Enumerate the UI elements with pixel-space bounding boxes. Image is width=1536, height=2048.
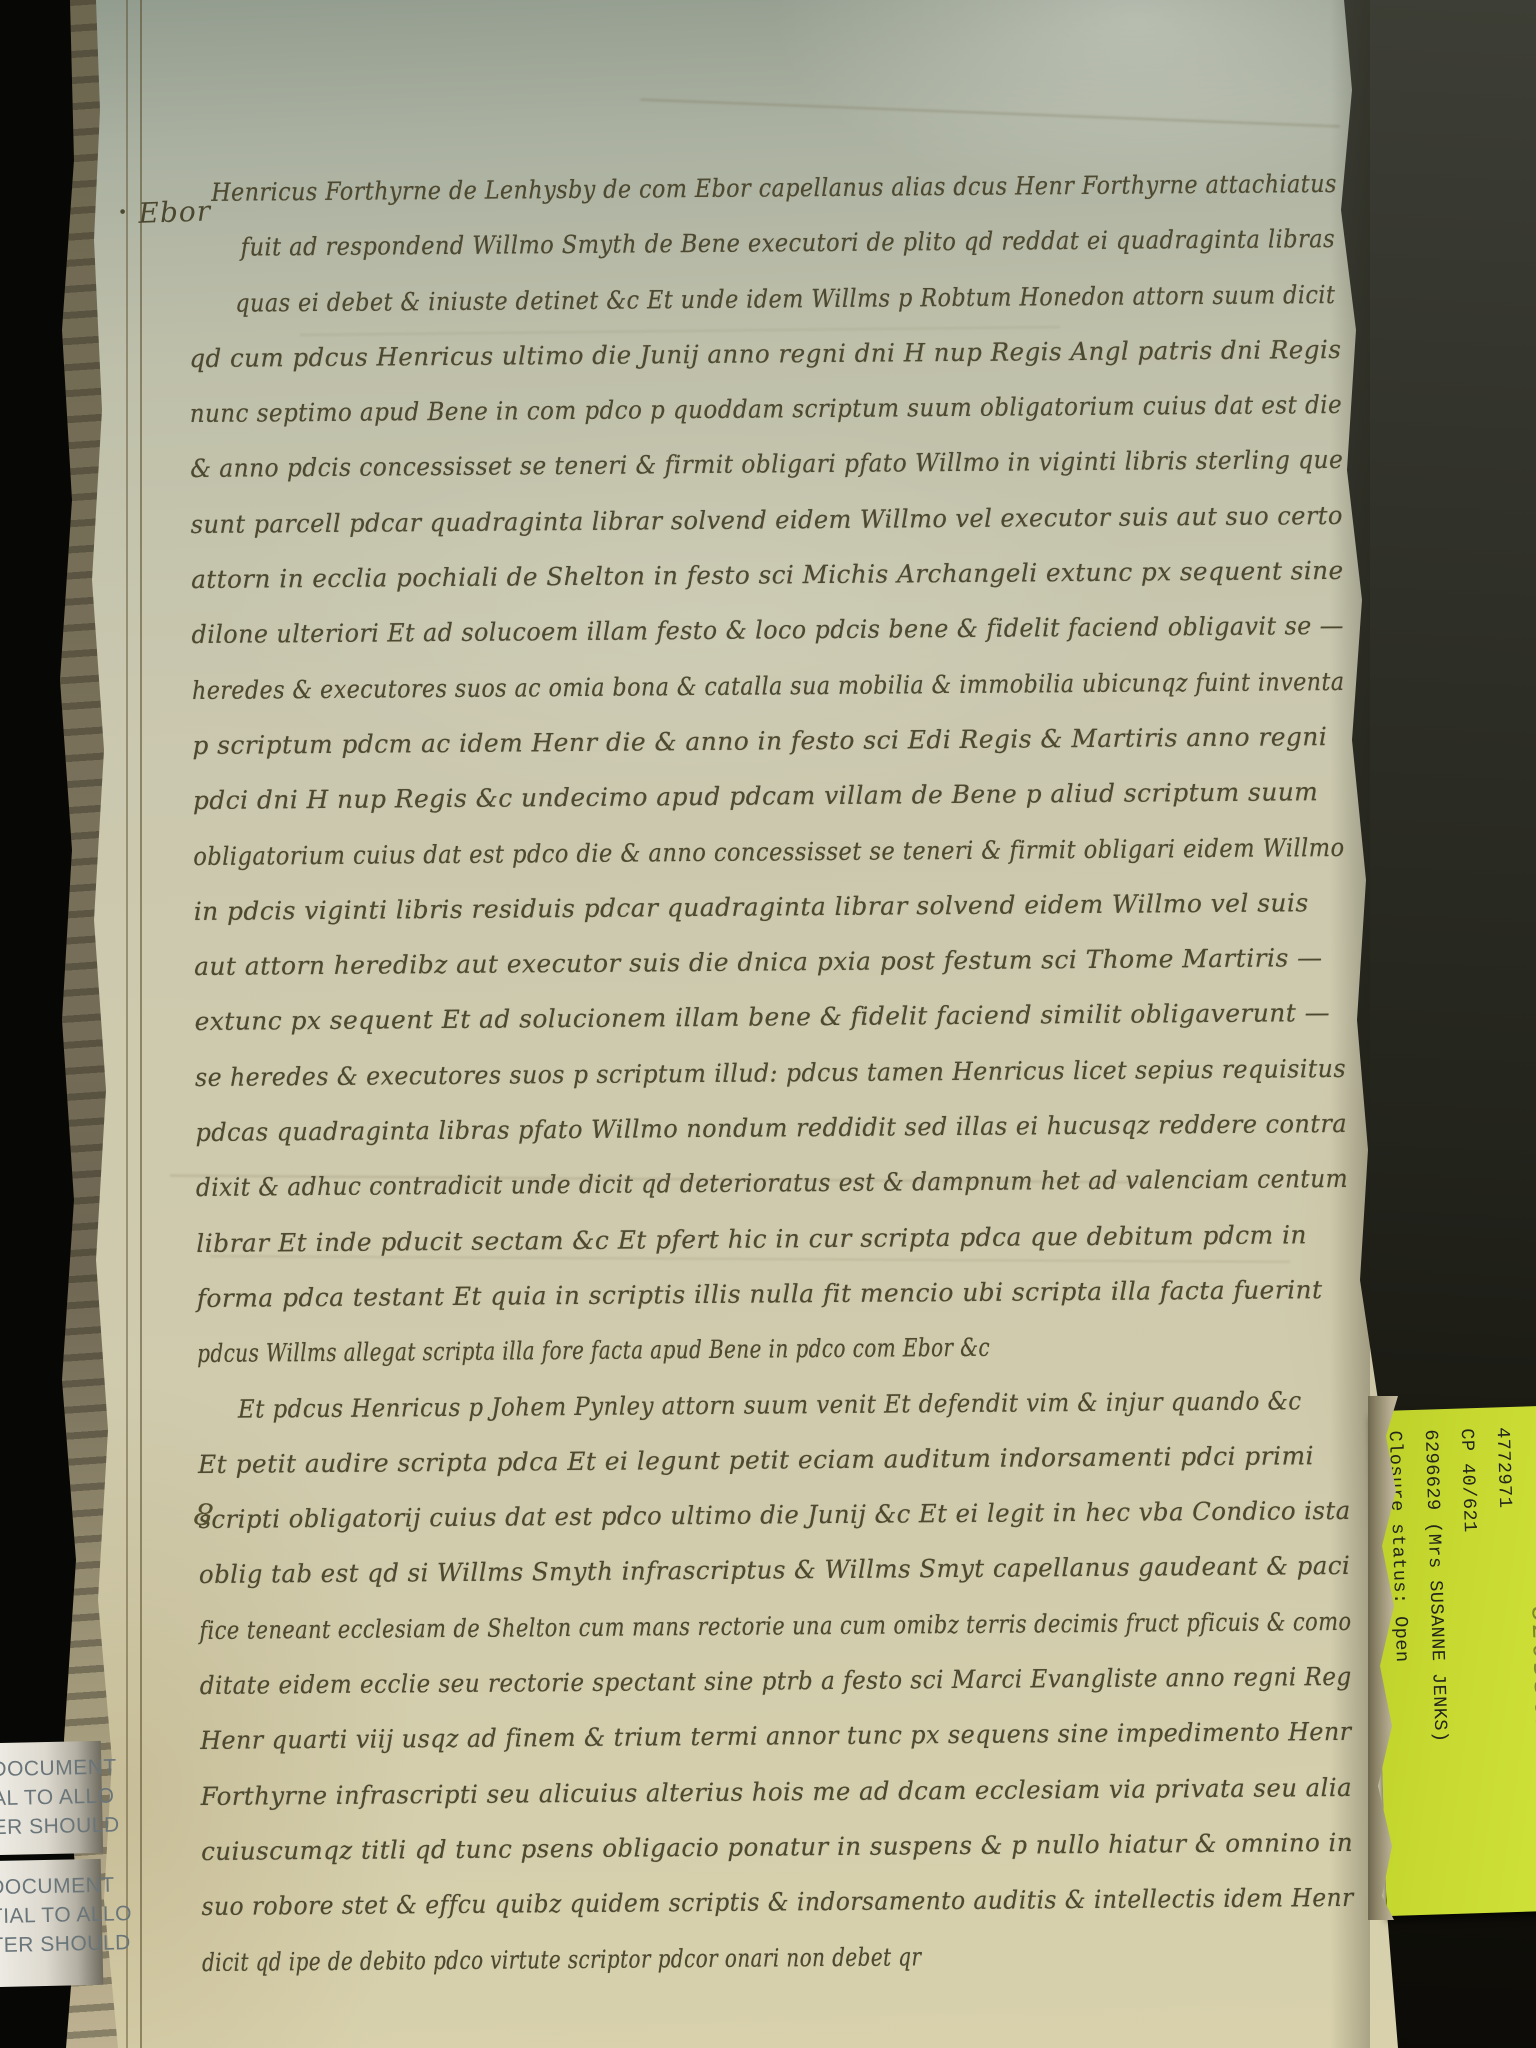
archive-label-line: DOCUMENT bbox=[0, 1871, 90, 1902]
manuscript-line: & anno pdcis concessisset se teneri & fi… bbox=[190, 446, 1270, 510]
manuscript-line: ditate eidem ecclie seu rectorie spectan… bbox=[200, 1663, 1271, 1727]
manuscript-line: aut attorn heredibz aut executor suis di… bbox=[194, 943, 1346, 1007]
manuscript-line: Henr quarti viij usqz ad finem & trium t… bbox=[200, 1718, 1304, 1782]
archive-label-line: TER SHOULD bbox=[0, 1929, 91, 1960]
archive-sticky-note: 4772971CP 40/6216296629 (Mrs SUSANNE JEN… bbox=[1371, 1406, 1536, 1916]
archive-label: DOCUMENTTIAL TO ALLOTER SHOULD bbox=[0, 1859, 103, 1987]
manuscript-line: sunt parcell pdcar quadraginta librar so… bbox=[191, 501, 1305, 565]
archive-label-line: AL TO ALLO bbox=[0, 1782, 90, 1813]
manuscript-line: forma pdca testant Et quia in scriptis i… bbox=[197, 1275, 1349, 1339]
manuscript-line: pdcus Willms allegat scripta illa fore f… bbox=[197, 1332, 1125, 1395]
manuscript-line: Henricus Forthyrne de Lenhysby de com Eb… bbox=[188, 170, 1221, 233]
manuscript-line: Forthyrne infrascripti seu alicuius alte… bbox=[201, 1773, 1328, 1837]
margin-bullet: • bbox=[118, 202, 129, 221]
manuscript-line: attorn in ecclia pochiali de Shelton in … bbox=[191, 556, 1333, 620]
manuscript-line: qd cum pdcus Henricus ultimo die Junij a… bbox=[189, 335, 1325, 399]
manuscript-text-block: Henricus Forthyrne de Lenhysby de com Eb… bbox=[188, 169, 1362, 2003]
margin-rule-line bbox=[126, 0, 128, 2048]
manuscript-line: cuiuscumqz titli qd tunc psens obligacio… bbox=[201, 1828, 1336, 1892]
manuscript-line: suo robore stet & effcu quibz quidem scr… bbox=[201, 1884, 1285, 1948]
archive-label-line: TIAL TO ALLO bbox=[0, 1900, 90, 1931]
manuscript-line: Et pdcus Henricus p Johem Pynley attorn … bbox=[198, 1386, 1261, 1450]
manuscript-line: librar Et inde pducit sectam &c Et pfert… bbox=[196, 1220, 1348, 1284]
sticky-note-printed-text: 4772971CP 40/6216296629 (Mrs SUSANNE JEN… bbox=[1375, 1407, 1535, 1916]
manuscript-line: p scriptum pdcm ac idem Henr die & anno … bbox=[192, 722, 1344, 786]
manuscript-line: obligatorium cuius dat est pdco die & an… bbox=[193, 833, 1239, 897]
manuscript-line: quas ei debet & iniuste detinet &c Et un… bbox=[189, 280, 1224, 343]
manuscript-line: pdcas quadraginta libras pfato Willmo no… bbox=[195, 1109, 1307, 1173]
manuscript-line: se heredes & executores suos p scriptum … bbox=[195, 1054, 1289, 1118]
archive-label: DOCUMENTAL TO ALLOER SHOULD bbox=[0, 1741, 103, 1855]
manuscript-line: oblig tab est qd si Willms Smyth infrasc… bbox=[199, 1551, 1330, 1615]
photo-stage: •Ebor Henricus Forthyrne de Lenhysby de … bbox=[0, 0, 1536, 2048]
manuscript-line: nunc septimo apud Bene in com pdco p quo… bbox=[190, 391, 1256, 455]
manuscript-line: heredes & executores suos ac omia bona &… bbox=[192, 668, 1221, 731]
manuscript-line: fuit ad respondend Willmo Smyth de Bene … bbox=[188, 225, 1232, 288]
manuscript-line: scripti obligatorij cuius dat est pdco u… bbox=[198, 1496, 1326, 1560]
margin-rule-line bbox=[140, 0, 142, 2048]
manuscript-line: fice teneant ecclesiam de Shelton cum ma… bbox=[199, 1608, 1171, 1671]
manuscript-line: dilone ulteriori Et ad solucoem illam fe… bbox=[191, 612, 1292, 676]
manuscript-line: dicit qd ipe de debito pdco virtute scri… bbox=[202, 1940, 1130, 2003]
manuscript-line: dixit & adhuc contradicit unde dicit qd … bbox=[196, 1165, 1275, 1229]
archive-label-line: DOCUMENT bbox=[0, 1753, 90, 1784]
archive-label-line: ER SHOULD bbox=[0, 1811, 91, 1842]
manuscript-line: pdci dni H nup Regis &c undecimo apud pd… bbox=[193, 777, 1345, 841]
manuscript-line: Et petit audire scripta pdca Et ei legun… bbox=[198, 1441, 1350, 1505]
manuscript-line: extunc px sequent Et ad solucionem illam… bbox=[195, 998, 1347, 1062]
manuscript-line: in pdcis viginti libris residuis pdcar q… bbox=[194, 888, 1346, 952]
parchment-membrane: •Ebor Henricus Forthyrne de Lenhysby de … bbox=[0, 0, 1536, 2048]
parchment-crease bbox=[640, 99, 1340, 128]
